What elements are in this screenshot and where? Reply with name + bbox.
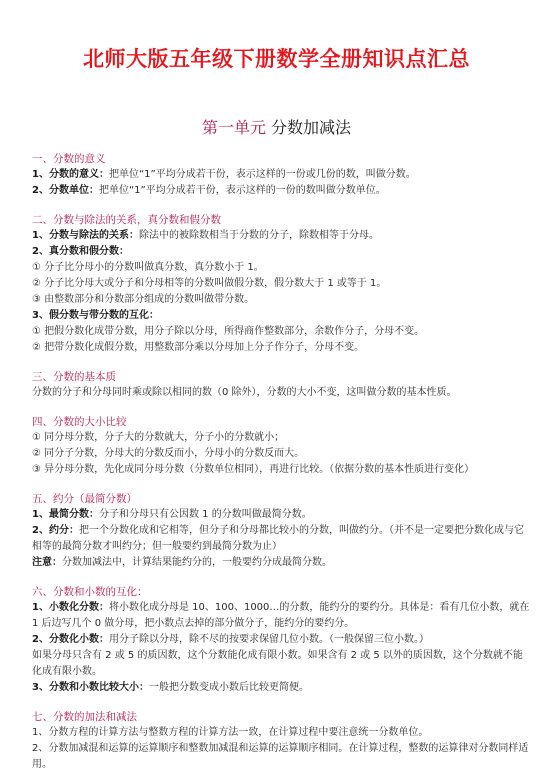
item-text: 分数加减法中，计算结果能约分的，一般要约分成最简分数。 [62,557,332,568]
item-text: ① 分子比分母小的分数叫做真分数，真分数小于 1。 [32,262,264,273]
item-text: ② 把带分数化成假分数，用整数部分乘以分母加上分子作分子，分母不变。 [32,342,364,353]
list-item: 2、分数单位：把单位“1”平均分成若干份，表示这样的一份的数叫做分数单位。 [32,183,532,199]
list-item: ② 分子比分母大或分子和分母相等的分数叫做假分数，假分数大于 1 或等于 1。 [32,276,532,292]
item-text: 如果分母只含有 2 或 5 的质因数，这个分数能化成有限小数。如果含有 2 或 … [32,650,523,677]
item-label: 1、分数的意义： [32,169,109,180]
section: 五、约分（最简分数）1、最简分数：分子和分母只有公因数 1 的分数叫做最简分数。… [32,491,532,571]
document-body: 一、分数的意义1、分数的意义：把单位“1”平均分成若干份，表示这样的一份或几份的… [32,151,532,773]
section-heading: 一、分数的意义 [32,151,532,167]
section: 三、分数的基本质分数的分子和分母同时乘或除以相同的数（0 除外），分数的大小不变… [32,369,532,401]
list-item: 1、分数的意义：把单位“1”平均分成若干份，表示这样的一份或几份的数，叫做分数。 [32,167,532,183]
section-spacer [32,571,532,584]
item-label: 2、分数单位： [32,185,99,196]
list-item: 3、假分数与带分数的互化： [32,308,532,324]
document-title: 北师大版五年级下册数学全册知识点汇总 [0,43,553,73]
section-heading: 三、分数的基本质 [32,369,532,385]
item-text: ② 同分子分数，分母大的分数反而小，分母小的分数反而大。 [32,448,304,459]
list-item: ① 把假分数化成带分数，用分子除以分母，所得商作整数部分，余数作分子，分母不变。 [32,324,532,340]
item-label: 2、分数化小数： [32,634,109,645]
item-text: 2、分数加减混和运算的运算顺序和整数加减混和运算的运算顺序相同。在计算过程，整数… [32,743,528,770]
list-item: 如果分母只含有 2 或 5 的质因数，这个分数能化成有限小数。如果含有 2 或 … [32,648,532,680]
item-label: 3、分数和小数比较大小： [32,682,149,693]
item-text: 分数的分子和分母同时乘或除以相同的数（0 除外），分数的大小不变，这叫做分数的基… [32,387,457,398]
item-text: ③ 异分母分数，先化成同分母分数（分数单位相同），再进行比较。（依据分数的基本性… [32,464,474,475]
section-spacer [32,401,532,414]
item-text: 把单位“1”平均分成若干份，表示这样的一份的数叫做分数单位。 [99,185,386,196]
unit-name: 分数加减法 [271,118,351,137]
list-item: 2、真分数和假分数： [32,244,532,260]
item-text: ① 同分母分数，分子大的分数就大，分子小的分数就小； [32,432,284,443]
item-text: ③ 由整数部分和分数部分组成的分数叫做带分数。 [32,294,254,305]
list-item: 1、分数方程的计算方法与整数方程的计算方法一致，在计算过程中要注意统一分数单位。 [32,725,532,741]
list-item: ② 把带分数化成假分数，用整数部分乘以分母加上分子作分子，分母不变。 [32,340,532,356]
list-item: 注意：分数加减法中，计算结果能约分的，一般要约分成最简分数。 [32,555,532,571]
item-text: 除法中的被除数相当于分数的分子，除数相等于分母。 [139,230,379,241]
list-item: 1、小数化分数：将小数化成分母是 10、100、1000…的分数，能约分的要约分… [32,600,532,632]
list-item: 分数的分子和分母同时乘或除以相同的数（0 除外），分数的大小不变，这叫做分数的基… [32,385,532,401]
list-item: ③ 异分母分数，先化成同分母分数（分数单位相同），再进行比较。（依据分数的基本性… [32,462,532,478]
item-label: 注意： [32,557,62,568]
item-text: 用分子除以分母，除不尽的按要求保留几位小数。（一般保留三位小数。） [109,634,429,645]
section-spacer [32,696,532,709]
item-text: ② 分子比分母大或分子和分母相等的分数叫做假分数，假分数大于 1 或等于 1。 [32,278,386,289]
unit-heading: 第一单元 分数加减法 [0,115,553,138]
item-label: 3、假分数与带分数的互化： [32,310,159,321]
section-heading: 五、约分（最简分数） [32,491,532,507]
section-spacer [32,199,532,212]
section-heading: 四、分数的大小比较 [32,414,532,430]
section-spacer [32,478,532,491]
list-item: ③ 由整数部分和分数部分组成的分数叫做带分数。 [32,292,532,308]
list-item: ① 分子比分母小的分数叫做真分数，真分数小于 1。 [32,260,532,276]
item-label: 2、真分数和假分数： [32,246,129,257]
item-text: 把单位“1”平均分成若干份，表示这样的一份或几份的数，叫做分数。 [109,169,416,180]
item-label: 1、最简分数： [32,509,99,520]
section: 四、分数的大小比较① 同分母分数，分子大的分数就大，分子小的分数就小；② 同分子… [32,414,532,478]
item-text: 一般把分数变成小数后比较更简便。 [149,682,309,693]
list-item: 1、分数与除法的关系：除法中的被除数相当于分数的分子，除数相等于分母。 [32,228,532,244]
section-spacer [32,356,532,369]
section-heading: 七、分数的加法和减法 [32,709,532,725]
list-item: 2、分数化小数：用分子除以分母，除不尽的按要求保留几位小数。（一般保留三位小数。… [32,632,532,648]
list-item: 2、约分：把一个分数化成和它相等，但分子和分母都比较小的分数，叫做约分。（并不是… [32,523,532,555]
item-label: 1、小数化分数： [32,602,109,613]
list-item: ② 同分子分数，分母大的分数反而小，分母小的分数反而大。 [32,446,532,462]
item-text: ① 把假分数化成带分数，用分子除以分母，所得商作整数部分，余数作分子，分母不变。 [32,326,424,337]
unit-number: 第一单元 [202,118,266,137]
section: 一、分数的意义1、分数的意义：把单位“1”平均分成若干份，表示这样的一份或几份的… [32,151,532,199]
item-text: 把一个分数化成和它相等，但分子和分母都比较小的分数，叫做约分。（并不是一定要把分… [32,525,524,552]
section: 六、分数和小数的互化：1、小数化分数：将小数化成分母是 10、100、1000…… [32,584,532,696]
section-heading: 二、分数与除法的关系，真分数和假分数 [32,212,532,228]
section-heading: 六、分数和小数的互化： [32,584,532,600]
item-label: 1、分数与除法的关系： [32,230,139,241]
list-item: 3、分数和小数比较大小：一般把分数变成小数后比较更简便。 [32,680,532,696]
list-item: 2、分数加减混和运算的运算顺序和整数加减混和运算的运算顺序相同。在计算过程，整数… [32,741,532,773]
item-text: 分子和分母只有公因数 1 的分数叫做最简分数。 [99,509,312,520]
item-text: 1、分数方程的计算方法与整数方程的计算方法一致，在计算过程中要注意统一分数单位。 [32,727,428,738]
list-item: ① 同分母分数，分子大的分数就大，分子小的分数就小； [32,430,532,446]
item-label: 2、约分： [32,525,79,536]
section: 二、分数与除法的关系，真分数和假分数1、分数与除法的关系：除法中的被除数相当于分… [32,212,532,356]
list-item: 1、最简分数：分子和分母只有公因数 1 的分数叫做最简分数。 [32,507,532,523]
section: 七、分数的加法和减法1、分数方程的计算方法与整数方程的计算方法一致，在计算过程中… [32,709,532,773]
